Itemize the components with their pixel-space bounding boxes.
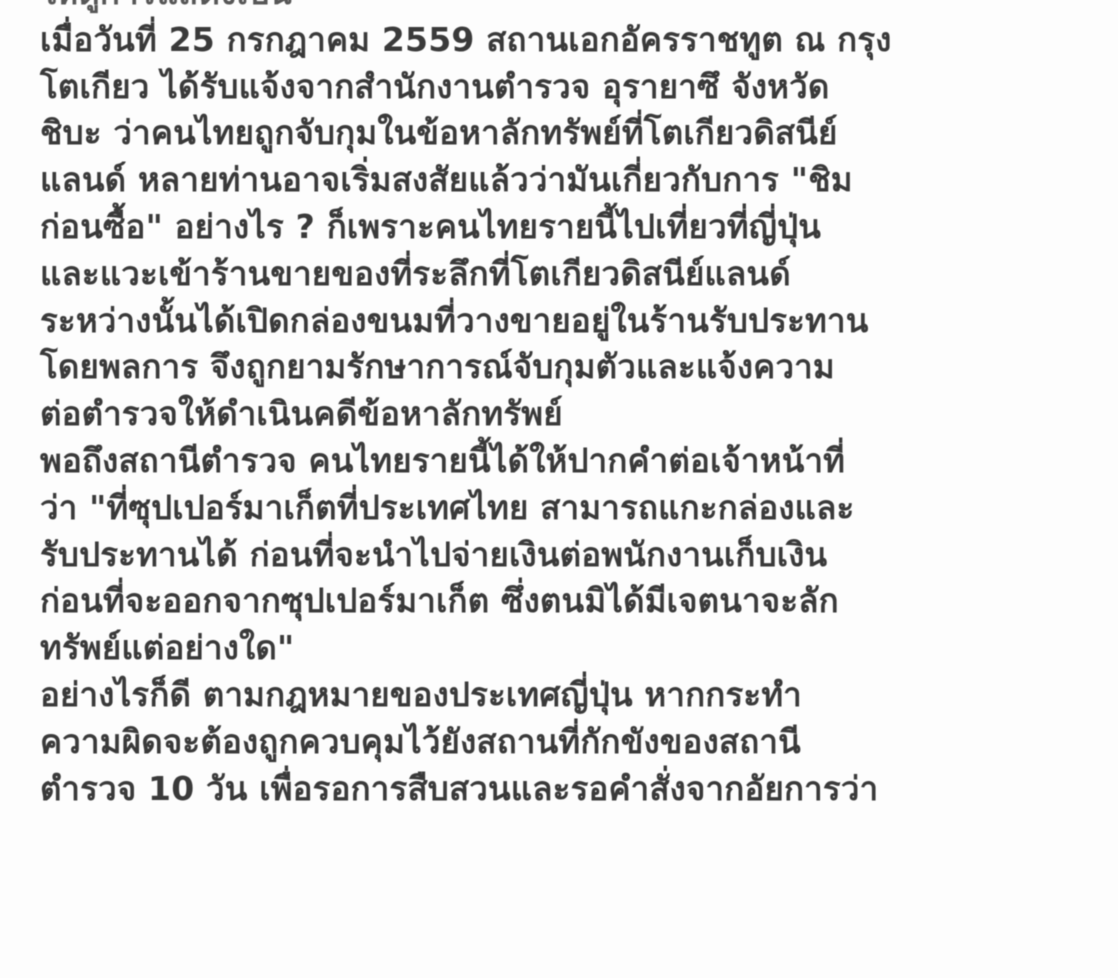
text-line: ระหว่างนั้นได้เปิดกล่องขนมที่วางขายอยู่ใ… xyxy=(40,298,1100,345)
text-line: โตเกียว ได้รับแจ้งจากสำนักงานตำรวจ อุราย… xyxy=(40,64,1100,111)
text-line: ก่อนที่จะออกจากซุปเปอร์มาเก็ต ซึ่งตนมิได… xyxy=(40,578,1100,625)
text-line: ว่า "ที่ซุปเปอร์มาเก็ตที่ประเทศไทย สามาร… xyxy=(40,485,1100,532)
text-line: ก่อนซื้อ" อย่างไร ? ก็เพราะคนไทยรายนี้ไป… xyxy=(40,204,1100,251)
text-line-cut-bottom: ตำรวจ 10 วัน เพื่อรอการสืบสวนและรอคำสั่ง… xyxy=(40,766,1100,813)
text-line: ทรัพย์แต่อย่างใด" xyxy=(40,625,1100,672)
text-line: โดยพลการ จึงถูกยามรักษาการณ์จับกุมตัวและ… xyxy=(40,344,1100,391)
document-body: ให้ดูการแสดงเป็น เมื่อวันที่ 25 กรกฎาคม … xyxy=(40,0,1100,812)
text-line: ต่อตำรวจให้ดำเนินคดีข้อหาลักทรัพย์ xyxy=(40,391,1100,438)
text-line: ความผิดจะต้องถูกควบคุมไว้ยังสถานที่กักขั… xyxy=(40,719,1100,766)
text-line: รับประทานได้ ก่อนที่จะนำไปจ่ายเงินต่อพนั… xyxy=(40,532,1100,579)
text-line: แลนด์ หลายท่านอาจเริ่มสงสัยแล้วว่ามันเกี… xyxy=(40,157,1100,204)
text-line: เมื่อวันที่ 25 กรกฎาคม 2559 สถานเอกอัครร… xyxy=(40,17,1100,64)
text-line: อย่างไรก็ดี ตามกฎหมายของประเทศญี่ปุ่น หา… xyxy=(40,672,1100,719)
text-line: และแวะเข้าร้านขายของที่ระลึกที่โตเกียวดิ… xyxy=(40,251,1100,298)
text-line: พอถึงสถานีตำรวจ คนไทยรายนี้ได้ให้ปากคำต่… xyxy=(40,438,1100,485)
text-line-heading-cut: ให้ดูการแสดงเป็น xyxy=(40,0,1100,17)
text-line: ชิบะ ว่าคนไทยถูกจับกุมในข้อหาลักทรัพย์ที… xyxy=(40,110,1100,157)
